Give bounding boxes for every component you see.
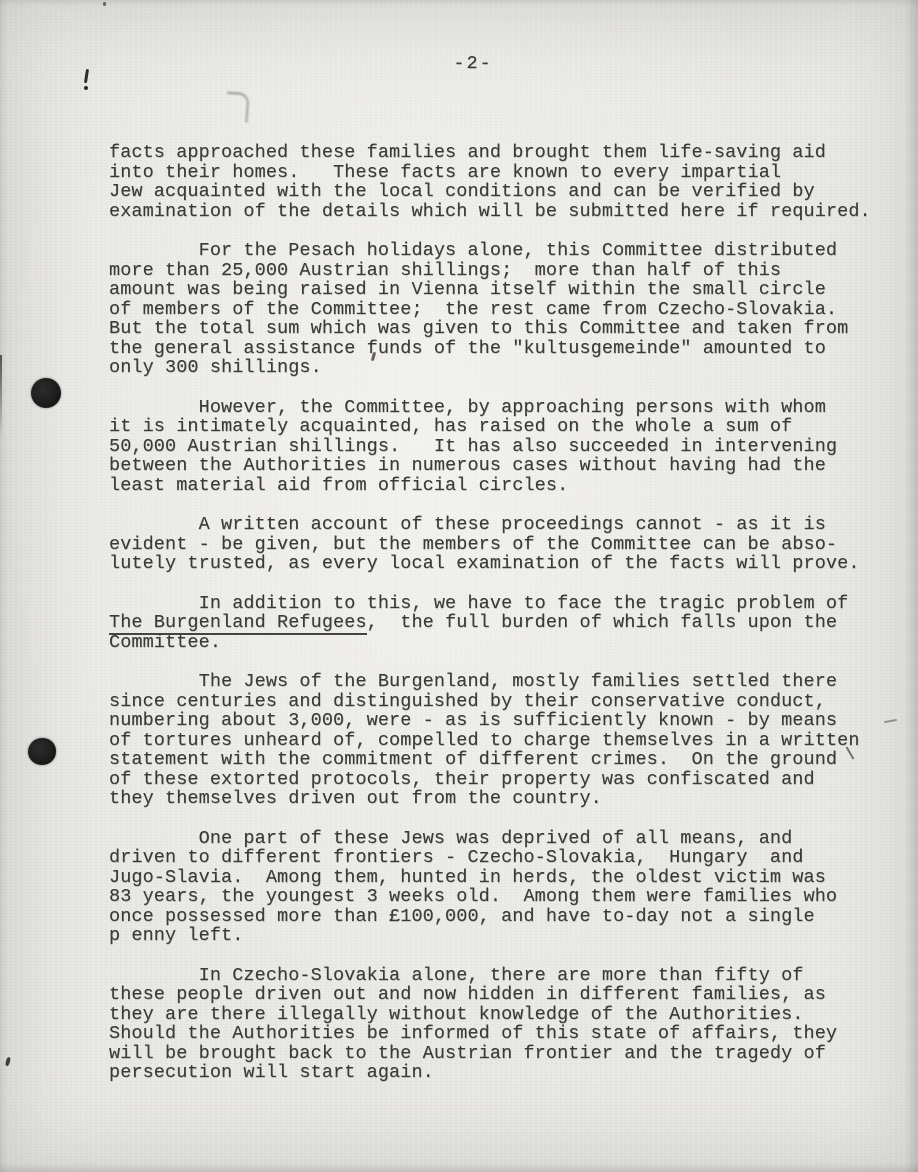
text-line: In addition to this, we have to face the… [109, 594, 909, 614]
text-line: But the total sum which was given to thi… [109, 319, 909, 339]
text-segment: Should the Authorities be informed of th… [109, 1023, 837, 1044]
text-segment: once possessed more than £100,000, and h… [109, 906, 815, 927]
text-segment: Committee. [109, 632, 221, 653]
text-segment: The Jews of the Burgenland, mostly famil… [109, 671, 837, 692]
text-segment: between the Authorities in numerous case… [109, 455, 826, 476]
paragraph: In addition to this, we have to face the… [109, 594, 909, 653]
text-line: these people driven out and now hidden i… [109, 985, 909, 1005]
paragraph: However, the Committee, by approaching p… [109, 398, 909, 496]
text-line: of members of the Committee; the rest ca… [109, 300, 909, 320]
text-segment: examination of the details which will be… [109, 201, 871, 222]
bottom-edge-shadow [0, 1163, 918, 1172]
page-number: -2- [408, 53, 538, 74]
left-edge-shadow [0, 0, 7, 1172]
text-line: A written account of these proceedings c… [109, 515, 909, 535]
text-segment: facts approached these families and brou… [109, 142, 826, 163]
handwritten-stroke-mark [84, 69, 89, 83]
text-segment: numbering about 3,000, were - as is suff… [109, 710, 837, 731]
scanned-document-page: -2- facts approached these families and … [0, 0, 918, 1172]
paragraph: The Jews of the Burgenland, mostly famil… [109, 672, 909, 809]
text-line: it is intimately acquainted, has raised … [109, 417, 909, 437]
text-line: Committee. [109, 633, 909, 653]
text-line: amount was being raised in Vienna itself… [109, 280, 909, 300]
document-body: facts approached these families and brou… [109, 143, 909, 1103]
text-line: the general assistance funds of the "kul… [109, 339, 909, 359]
text-line: However, the Committee, by approaching p… [109, 398, 909, 418]
text-line: they themselves driven out from the coun… [109, 789, 909, 809]
text-segment: p enny left. [109, 925, 243, 946]
text-line: once possessed more than £100,000, and h… [109, 907, 909, 927]
right-edge-shadow [905, 0, 918, 1172]
paragraph: A written account of these proceedings c… [109, 515, 909, 574]
punch-hole-top [31, 378, 61, 408]
text-segment: lutely trusted, as every local examinati… [109, 553, 860, 574]
text-line: examination of the details which will be… [109, 202, 909, 222]
text-segment: amount was being raised in Vienna itself… [109, 279, 826, 300]
text-line: In Czecho-Slovakia alone, there are more… [109, 966, 909, 986]
text-segment: One part of these Jews was deprived of a… [109, 828, 792, 849]
text-segment: will be brought back to the Austrian fro… [109, 1043, 826, 1064]
text-line: Jugo-Slavia. Among them, hunted in herds… [109, 868, 909, 888]
punch-hole-bottom [28, 738, 56, 765]
text-segment: statement with the commitment of differe… [109, 749, 837, 770]
text-segment: In addition to this, we have to face the… [109, 593, 848, 614]
text-segment: Jugo-Slavia. Among them, hunted in herds… [109, 867, 826, 888]
text-segment: For the Pesach holidays alone, this Comm… [109, 240, 837, 261]
text-line: The Burgenland Refugees, the full burden… [109, 613, 909, 633]
text-line: 50,000 Austrian shillings. It has also s… [109, 437, 909, 457]
text-segment: of tortures unheard of, compelled to cha… [109, 730, 860, 751]
text-segment: the general assistance funds of the "kul… [109, 338, 826, 359]
text-line: facts approached these families and brou… [109, 143, 909, 163]
text-line: For the Pesach holidays alone, this Comm… [109, 241, 909, 261]
text-line: least material aid from official circles… [109, 476, 909, 496]
paragraph: In Czecho-Slovakia alone, there are more… [109, 966, 909, 1083]
text-segment: , the full burden of which falls upon th… [367, 612, 837, 633]
text-segment: of these extorted protocols, their prope… [109, 769, 815, 790]
text-segment: But the total sum which was given to thi… [109, 318, 848, 339]
text-line: statement with the commitment of differe… [109, 750, 909, 770]
text-segment: 50,000 Austrian shillings. It has also s… [109, 436, 837, 457]
text-line: between the Authorities in numerous case… [109, 456, 909, 476]
text-segment: into their homes. These facts are known … [109, 162, 781, 183]
text-segment: they themselves driven out from the coun… [109, 788, 602, 809]
text-line: p enny left. [109, 926, 909, 946]
text-line: The Jews of the Burgenland, mostly famil… [109, 672, 909, 692]
text-line: 83 years, the youngest 3 weeks old. Amon… [109, 887, 909, 907]
text-segment: they are there illegally without knowled… [109, 1004, 804, 1025]
text-line: driven to different frontiers - Czecho-S… [109, 848, 909, 868]
text-line: only 300 shillings. [109, 358, 909, 378]
text-line: lutely trusted, as every local examinati… [109, 554, 909, 574]
text-segment: A written account of these proceedings c… [109, 514, 826, 535]
top-edge-shadow [0, 0, 918, 6]
paragraph: For the Pesach holidays alone, this Comm… [109, 241, 909, 378]
text-segment: 83 years, the youngest 3 weeks old. Amon… [109, 886, 837, 907]
text-segment: more than 25,000 Austrian shillings; mor… [109, 260, 781, 281]
text-segment: persecution will start again. [109, 1062, 434, 1083]
text-segment: least material aid from official circles… [109, 475, 568, 496]
text-line: evident - be given, but the members of t… [109, 535, 909, 555]
paragraph: One part of these Jews was deprived of a… [109, 829, 909, 946]
handwritten-dot-mark [84, 86, 88, 90]
text-segment: driven to different frontiers - Czecho-S… [109, 847, 804, 868]
text-line: numbering about 3,000, were - as is suff… [109, 711, 909, 731]
text-segment: However, the Committee, by approaching p… [109, 397, 826, 418]
text-line: more than 25,000 Austrian shillings; mor… [109, 261, 909, 281]
paragraph: facts approached these families and brou… [109, 143, 909, 221]
text-segment: evident - be given, but the members of t… [109, 534, 837, 555]
text-line: of these extorted protocols, their prope… [109, 770, 909, 790]
text-segment: these people driven out and now hidden i… [109, 984, 826, 1005]
text-line: One part of these Jews was deprived of a… [109, 829, 909, 849]
text-line: Should the Authorities be informed of th… [109, 1024, 909, 1044]
text-segment: it is intimately acquainted, has raised … [109, 416, 792, 437]
text-line: will be brought back to the Austrian fro… [109, 1044, 909, 1064]
text-segment: of members of the Committee; the rest ca… [109, 299, 837, 320]
text-line: of tortures unheard of, compelled to cha… [109, 731, 909, 751]
text-line: they are there illegally without knowled… [109, 1005, 909, 1025]
text-line: Jew acquainted with the local conditions… [109, 182, 909, 202]
text-line: into their homes. These facts are known … [109, 163, 909, 183]
pencil-smudge-mark [225, 91, 250, 123]
text-segment: In Czecho-Slovakia alone, there are more… [109, 965, 804, 986]
text-line: since centuries and distinguished by the… [109, 692, 909, 712]
text-segment: since centuries and distinguished by the… [109, 691, 826, 712]
text-line: persecution will start again. [109, 1063, 909, 1083]
text-segment: Jew acquainted with the local conditions… [109, 181, 815, 202]
text-segment: only 300 shillings. [109, 357, 322, 378]
